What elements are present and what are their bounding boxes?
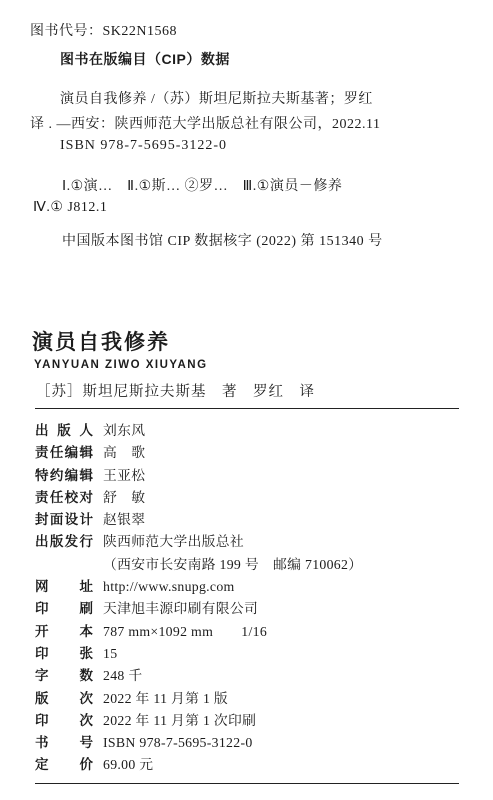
colophon-value: 高 歌: [103, 442, 145, 464]
colophon-value: 2022 年 11 月第 1 版: [103, 688, 228, 710]
colophon-row: 印张15: [35, 643, 459, 665]
colophon-row: 出版发行陕西师范大学出版总社: [35, 531, 459, 553]
colophon-value: 2022 年 11 月第 1 次印刷: [103, 710, 256, 732]
colophon-label: 责任编辑: [35, 442, 93, 464]
divider-bottom: [35, 783, 459, 784]
colophon-row: 网址http://www.snupg.com: [35, 576, 459, 598]
cip-entry-line-2: 译 . —西安：陕西师范大学出版总社有限公司，2022.11: [30, 113, 380, 133]
cip-record-number: 中国版本图书馆 CIP 数据核字 (2022) 第 151340 号: [62, 230, 383, 250]
colophon-label: 版次: [35, 688, 93, 710]
colophon-value: 王亚松: [103, 465, 145, 487]
book-code-label: 图书代号：: [30, 24, 103, 39]
colophon-label: 特约编辑: [35, 465, 93, 487]
colophon-value: 248 千: [103, 665, 142, 687]
colophon-row: 字数248 千: [35, 665, 459, 687]
cip-classification-line-2: Ⅳ.① J812.1: [33, 199, 107, 216]
colophon-label: 责任校对: [35, 487, 93, 509]
colophon-value: 15: [103, 643, 117, 665]
colophon-label: 开本: [35, 621, 93, 643]
colophon-table: 出版人刘东风责任编辑高 歌特约编辑王亚松责任校对舒 敏封面设计赵银翠出版发行陕西…: [35, 420, 459, 777]
colophon-row: 特约编辑王亚松: [35, 465, 459, 487]
colophon-label: 印张: [35, 643, 93, 665]
colophon-row: 责任编辑高 歌: [35, 442, 459, 464]
colophon-label: 定价: [35, 754, 93, 776]
colophon-row: 印刷天津旭丰源印刷有限公司: [35, 598, 459, 620]
cip-entry-isbn: ISBN 978-7-5695-3122-0: [60, 138, 227, 154]
book-code-value: SK22N1568: [103, 24, 178, 39]
colophon-label: 字数: [35, 665, 93, 687]
colophon-row: 出版人刘东风: [35, 420, 459, 442]
colophon-row: 封面设计赵银翠: [35, 509, 459, 531]
colophon-label: 封面设计: [35, 509, 93, 531]
colophon-value: 787 mm×1092 mm 1/16: [103, 621, 267, 643]
author-translator-line: ［苏］斯坦尼斯拉夫斯基 著 罗红 译: [36, 380, 315, 401]
divider-top: [35, 408, 459, 409]
colophon-value: 天津旭丰源印刷有限公司: [103, 598, 258, 620]
colophon-row: （西安市长安南路 199 号 邮编 710062）: [35, 554, 459, 576]
copyright-page: { "header": { "book_code_label": "图书代号："…: [0, 0, 493, 800]
colophon-value: 赵银翠: [103, 509, 145, 531]
colophon-value: http://www.snupg.com: [103, 576, 235, 598]
colophon-value: ISBN 978-7-5695-3122-0: [103, 732, 253, 754]
colophon-value: 刘东风: [103, 420, 145, 442]
colophon-row: 定价69.00 元: [35, 754, 459, 776]
colophon-value: 69.00 元: [103, 754, 153, 776]
colophon-row: 责任校对舒 敏: [35, 487, 459, 509]
colophon-row: 版次2022 年 11 月第 1 版: [35, 688, 459, 710]
colophon-label: 书号: [35, 732, 93, 754]
colophon-row: 书号ISBN 978-7-5695-3122-0: [35, 732, 459, 754]
colophon-label: 出版发行: [35, 531, 93, 553]
cip-classification-line-1: Ⅰ.①演… Ⅱ.①斯… ②罗… Ⅲ.①演员－修养: [62, 175, 342, 195]
book-title-pinyin: YANYUAN ZIWO XIUYANG: [34, 359, 208, 371]
colophon-value: （西安市长安南路 199 号 邮编 710062）: [103, 554, 362, 576]
colophon-label: 印刷: [35, 598, 93, 620]
colophon-row: 印次2022 年 11 月第 1 次印刷: [35, 710, 459, 732]
cip-heading: 图书在版编目（CIP）数据: [60, 49, 230, 69]
colophon-row: 开本787 mm×1092 mm 1/16: [35, 621, 459, 643]
colophon-label: 印次: [35, 710, 93, 732]
colophon-label: 网址: [35, 576, 93, 598]
book-title: 演员自我修养: [32, 326, 170, 356]
colophon-label: 出版人: [35, 420, 93, 442]
colophon-value: 陕西师范大学出版总社: [103, 531, 244, 553]
book-code: 图书代号：SK22N1568: [30, 20, 177, 40]
colophon-value: 舒 敏: [103, 487, 145, 509]
cip-entry-line-1: 演员自我修养 /（苏）斯坦尼斯拉夫斯基著；罗红: [60, 88, 373, 108]
